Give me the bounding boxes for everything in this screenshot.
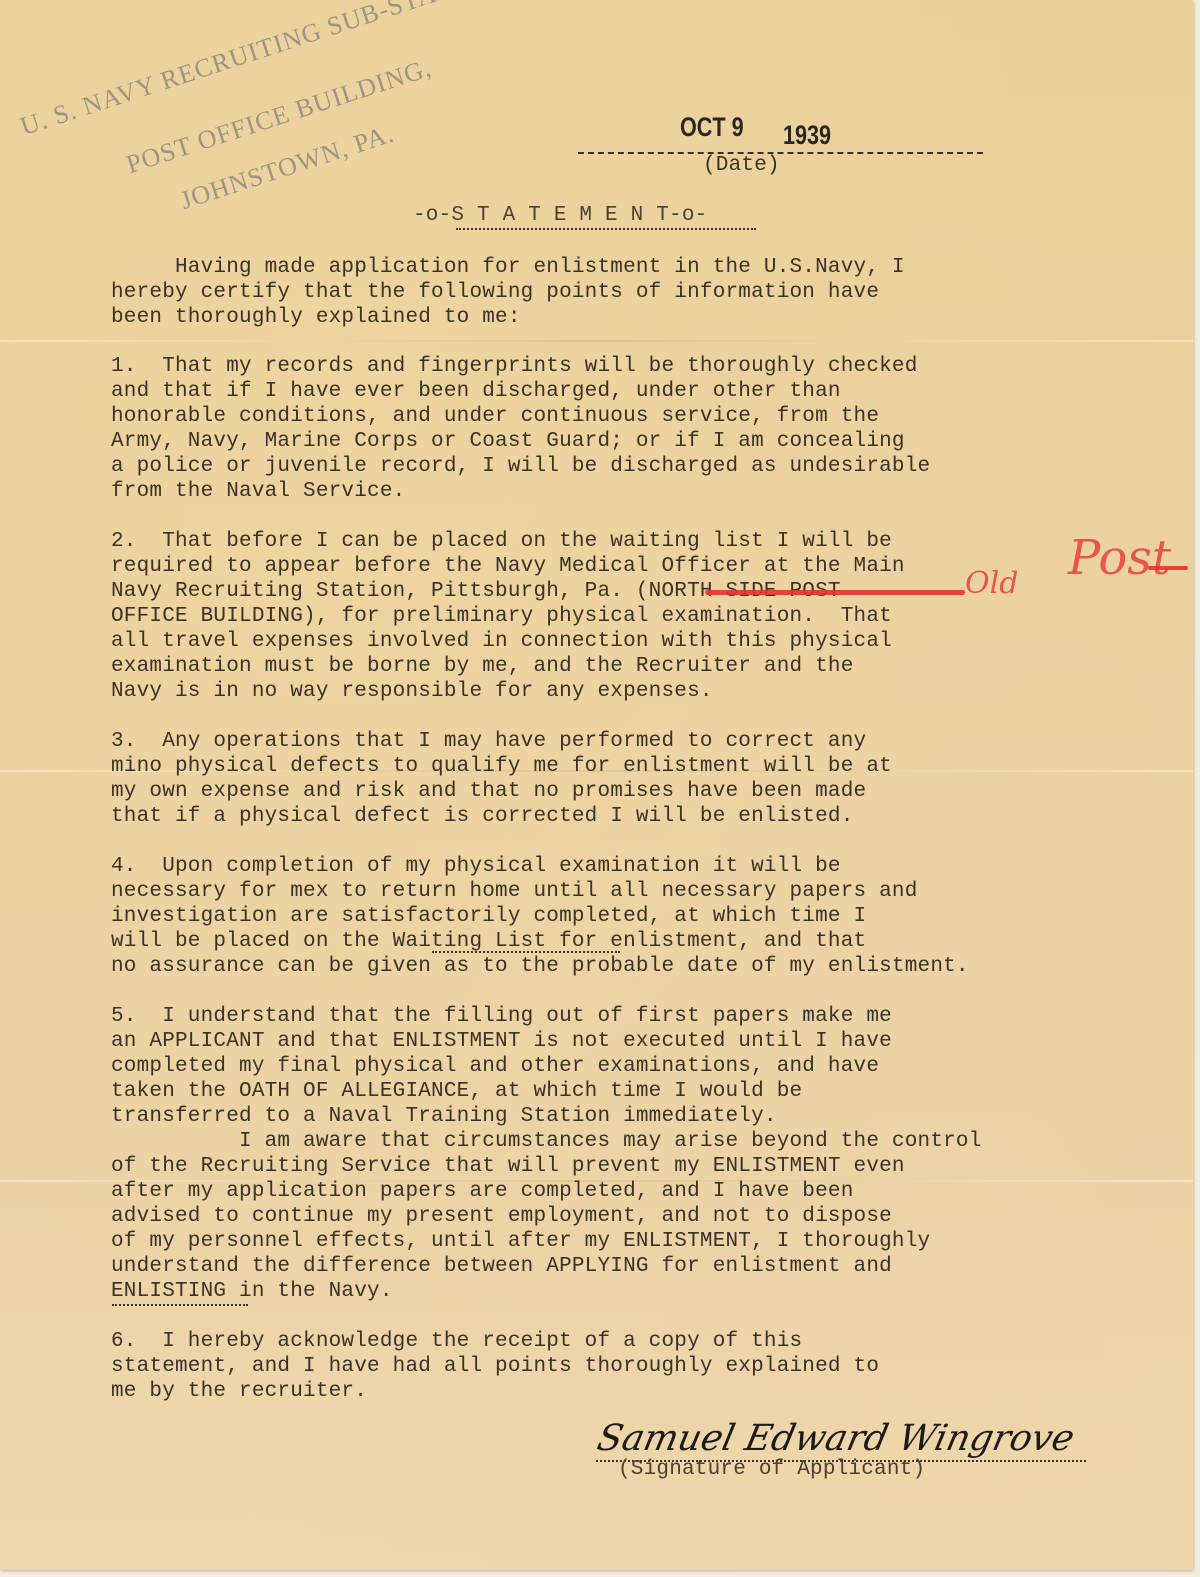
- point-line: me by the recruiter.: [111, 1379, 367, 1404]
- date-label: (Date): [703, 153, 780, 178]
- applicant-signature: Samuel Edward Wingrove: [594, 1418, 1078, 1459]
- enlisting-underline: [112, 1304, 248, 1306]
- point-line: Army, Navy, Marine Corps or Coast Guard;…: [111, 429, 905, 454]
- point-line: completed my final physical and other ex…: [111, 1054, 879, 1079]
- intro-line: hereby certify that the following points…: [111, 280, 879, 305]
- point-line: honorable conditions, and under continuo…: [111, 404, 879, 429]
- statement-title: -o-S T A T E M E N T-o-: [413, 203, 707, 228]
- point-line: I am aware that circumstances may arise …: [111, 1129, 982, 1154]
- point-line: necessary for mex to return home until a…: [111, 879, 918, 904]
- point-line: 1. That my records and fingerprints will…: [111, 354, 918, 379]
- point-line: 2. That before I can be placed on the wa…: [111, 529, 892, 554]
- point-line: of the Recruiting Service that will prev…: [111, 1154, 905, 1179]
- point-line: 3. Any operations that I may have perfor…: [111, 729, 866, 754]
- point-line: examination must be borne by me, and the…: [111, 654, 854, 679]
- point-line: my own expense and risk and that no prom…: [111, 779, 866, 804]
- point-line: investigation are satisfactorily complet…: [111, 904, 866, 929]
- paper-fold: [0, 340, 1193, 342]
- point-line: all travel expenses involved in connecti…: [111, 629, 892, 654]
- point-line: required to appear before the Navy Medic…: [111, 554, 905, 579]
- point-line: Navy is in no way responsible for any ex…: [111, 679, 713, 704]
- signature-label: (Signature of Applicant): [618, 1457, 925, 1482]
- point-line: taken the OATH OF ALLEGIANCE, at which t…: [111, 1079, 802, 1104]
- point-line: an APPLICANT and that ENLISTMENT is not …: [111, 1029, 892, 1054]
- waiting-list-underline: [432, 951, 620, 953]
- point-line: mino physical defects to qualify me for …: [111, 754, 892, 779]
- red-strikethrough: [705, 590, 965, 595]
- red-dash: [1148, 566, 1188, 570]
- point-line: that if a physical defect is corrected I…: [111, 804, 854, 829]
- point-line: 4. Upon completion of my physical examin…: [111, 854, 841, 879]
- date-stamp-year: 1939: [783, 120, 831, 151]
- point-line: advised to continue my present employmen…: [111, 1204, 892, 1229]
- point-line: a police or juvenile record, I will be d…: [111, 454, 930, 479]
- point-line: 5. I understand that the filling out of …: [111, 1004, 892, 1029]
- intro-line: Having made application for enlistment i…: [111, 255, 905, 280]
- document-page: U. S. NAVY RECRUITING SUB-STATION POST O…: [0, 0, 1193, 1570]
- date-stamp-value: OCT 9: [680, 112, 744, 143]
- point-line: statement, and I have had all points tho…: [111, 1354, 879, 1379]
- point-line: no assurance can be given as to the prob…: [111, 954, 969, 979]
- point-line: understand the difference between APPLYI…: [111, 1254, 892, 1279]
- point-line: ENLISTING in the Navy.: [111, 1279, 393, 1304]
- date-line: [578, 152, 983, 154]
- point-line: after my application papers are complete…: [111, 1179, 854, 1204]
- handwritten-correction-2: Post: [1068, 530, 1171, 586]
- title-underline: [456, 228, 756, 230]
- point-line: from the Naval Service.: [111, 479, 405, 504]
- point-line: 6. I hereby acknowledge the receipt of a…: [111, 1329, 802, 1354]
- point-line: and that if I have ever been discharged,…: [111, 379, 841, 404]
- point-line: transferred to a Naval Training Station …: [111, 1104, 777, 1129]
- handwritten-correction-1: Old: [965, 566, 1018, 601]
- point-line: of my personnel effects, until after my …: [111, 1229, 930, 1254]
- point-line: OFFICE BUILDING), for preliminary physic…: [111, 604, 892, 629]
- intro-line: been thoroughly explained to me:: [111, 305, 521, 330]
